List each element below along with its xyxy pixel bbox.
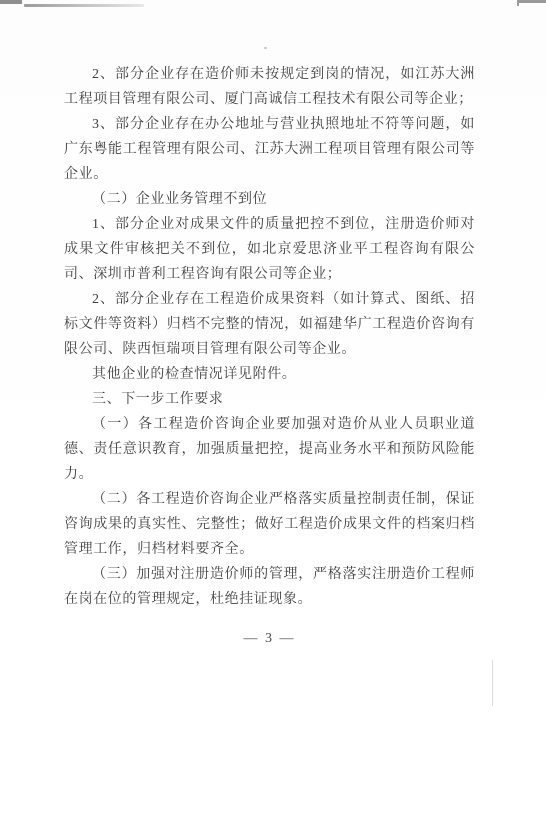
scan-artifact-top-right-bar	[517, 0, 546, 3]
scanned-page: 2、部分企业存在造价师未按规定到岗的情况，如江苏大洲工程项目管理有限公司、厦门高…	[0, 0, 546, 838]
scan-artifact-top-smudge	[24, 4, 144, 7]
page-number: — 3 —	[64, 631, 475, 647]
heading-section-3-next-step-requirements: 三、下一步工作要求	[64, 387, 475, 412]
scan-artifact-top-right-tick	[517, 0, 519, 6]
document-body: 2、部分企业存在造价师未按规定到岗的情况，如江苏大洲工程项目管理有限公司、厦门高…	[64, 62, 475, 612]
scan-artifact-top-left-bar	[0, 0, 22, 4]
heading-section-2-business-management: （二）企业业务管理不到位	[64, 187, 475, 212]
para-requirement-3-registered-engineer-management: （三）加强对注册造价师的管理，严格落实注册造价工程师在岗在位的管理规定，杜绝挂证…	[64, 562, 475, 612]
scan-artifact-speck	[264, 47, 267, 49]
para-requirement-1-ethics-education: （一）各工程造价咨询企业要加强对造价从业人员职业道德、责任意识教育，加强质量把控…	[64, 412, 475, 487]
para-see-attachment-note: 其他企业的检查情况详见附件。	[64, 362, 475, 387]
para-item-1-quality-control-gaps: 1、部分企业对成果文件的质量把控不到位，注册造价师对成果文件审核把关不到位，如北…	[64, 212, 475, 287]
para-item-2-incomplete-archives: 2、部分企业存在工程造价成果资料（如计算式、图纸、招标文件等资料）归档不完整的情…	[64, 287, 475, 362]
para-issue-3-address-mismatch: 3、部分企业存在办公地址与营业执照地址不符等问题，如广东粤能工程管理有限公司、江…	[64, 112, 475, 187]
para-issue-2-pricing-engineers-not-onsite: 2、部分企业存在造价师未按规定到岗的情况，如江苏大洲工程项目管理有限公司、厦门高…	[64, 62, 475, 112]
scan-artifact-right-edge-line	[492, 660, 493, 706]
para-requirement-2-quality-responsibility-system: （二）各工程造价咨询企业严格落实质量控制责任制，保证咨询成果的真实性、完整性；做…	[64, 487, 475, 562]
